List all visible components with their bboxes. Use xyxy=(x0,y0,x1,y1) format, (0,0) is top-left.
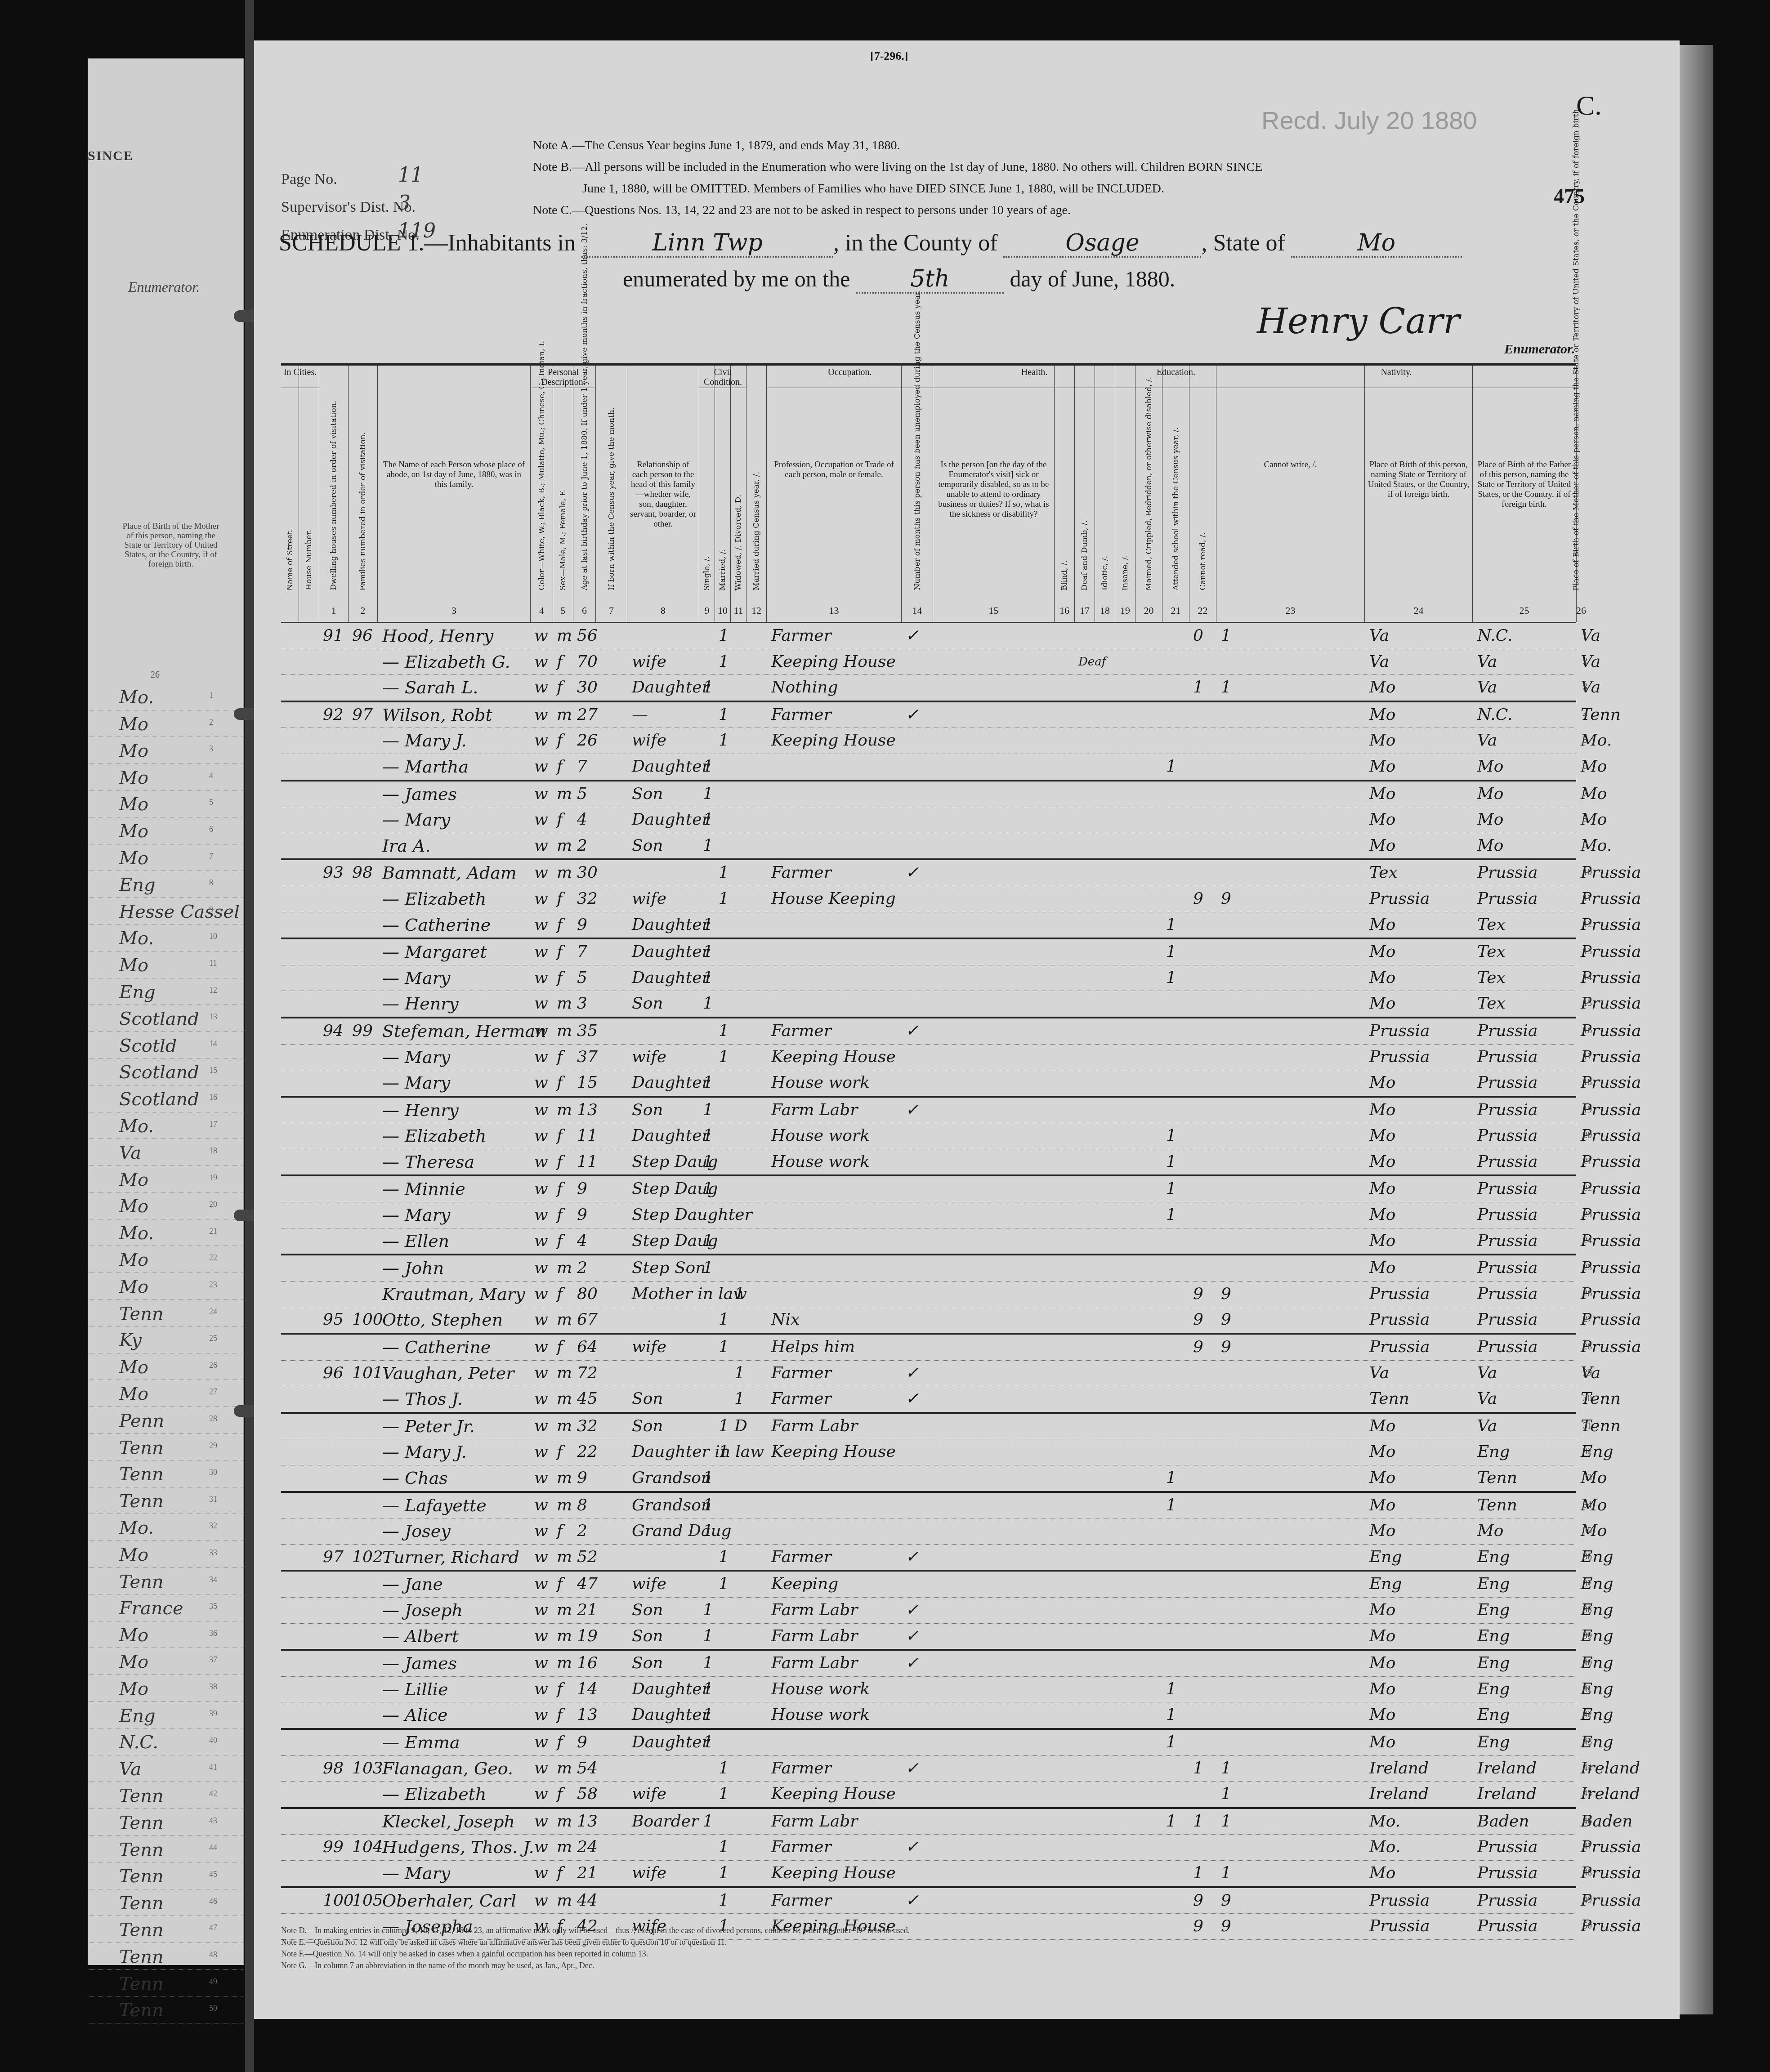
line-number: 34 xyxy=(1583,1500,1592,1510)
column-header-26: Place of Birth of the Mother of this per… xyxy=(1576,366,1577,622)
cell-school: 1 xyxy=(1166,1677,1176,1702)
cell-birth: Mo xyxy=(1369,728,1396,754)
cell-father: Mo xyxy=(1477,807,1504,833)
left-page-row: Eng8 xyxy=(88,871,243,898)
left-page-mother-birthplace: Hesse Cassel xyxy=(119,902,240,922)
cell-age: 4 xyxy=(577,807,587,833)
left-page-mother-birthplace: Mo xyxy=(119,768,148,788)
left-page-row: Penn28 xyxy=(88,1407,243,1434)
cell-relation: Daughter xyxy=(632,1702,710,1728)
cell-father: Prussia xyxy=(1477,1202,1538,1228)
left-page-line-number: 11 xyxy=(209,959,217,968)
cell-school: 1 xyxy=(1166,912,1176,938)
instruction-notes: Note A.—The Census Year begins June 1, 1… xyxy=(533,135,1262,221)
cell-single: 1 xyxy=(703,1149,713,1175)
cell-occupation: Farmer xyxy=(771,1545,831,1570)
cell-name: — Albert xyxy=(382,1624,459,1649)
cell-unemployed: ✓ xyxy=(905,1361,919,1386)
table-row: — Albertwm19Son1Farm Labr✓MoEngEng39 xyxy=(281,1624,1576,1651)
cell-name: — Joseph xyxy=(382,1598,463,1623)
left-page-row: Mo6 xyxy=(88,817,243,844)
cell-birth: Mo xyxy=(1369,833,1396,859)
left-page-mother-birthplace: Mo xyxy=(119,1357,148,1378)
cell-family: 98 xyxy=(352,860,373,886)
cell-color: w xyxy=(534,1545,548,1570)
cell-sex: m xyxy=(557,1598,572,1623)
cell-name: Otto, Stephen xyxy=(382,1307,503,1333)
column-label: Widowed, /. Divorced, D. xyxy=(734,495,743,590)
cell-widowed: 1 xyxy=(734,1361,745,1386)
column-header-15: Is the person [on the day of the Enumera… xyxy=(933,366,1055,622)
left-page-mother-birthplace: Va xyxy=(119,1143,141,1163)
left-page-line-number: 42 xyxy=(209,1789,217,1799)
cell-color: w xyxy=(534,1756,548,1782)
left-page-mother-birthplace: Tenn xyxy=(119,1974,164,1994)
column-number: 21 xyxy=(1162,605,1189,616)
line-number: 50 xyxy=(1583,1921,1592,1931)
cell-color: w xyxy=(534,1493,548,1518)
line-number: 20 xyxy=(1583,1130,1592,1141)
left-page-mother-birthplace: Scotland xyxy=(119,1009,199,1029)
cell-name: — Chas xyxy=(382,1465,448,1491)
left-page-row: Tenn47 xyxy=(88,1916,243,1943)
cell-father: Prussia xyxy=(1477,1098,1538,1123)
cell-relation: Daughter xyxy=(632,939,710,965)
cell-color: w xyxy=(534,1835,548,1860)
cell-age: 27 xyxy=(577,702,598,728)
cell-age: 13 xyxy=(577,1098,598,1123)
note-a: Note A.—The Census Year begins June 1, 1… xyxy=(533,135,1262,156)
left-page-row: Tenn24 xyxy=(88,1300,243,1327)
cell-birth: Prussia xyxy=(1369,1307,1430,1333)
cell-relation: Son xyxy=(632,781,663,807)
cell-single: 1 xyxy=(703,1651,713,1676)
cell-name: — Mary xyxy=(382,1202,450,1228)
cell-father: N.C. xyxy=(1477,702,1512,728)
cell-birth: Mo xyxy=(1369,1123,1396,1149)
column-number: 1 xyxy=(319,605,348,616)
cell-sex: m xyxy=(557,833,572,859)
cell-father: Tex xyxy=(1477,939,1506,965)
cell-birth: Eng xyxy=(1369,1572,1402,1597)
column-group-nativity: Nativity. xyxy=(1216,366,1576,388)
cell-age: 72 xyxy=(577,1361,598,1386)
cell-name: — Sarah L. xyxy=(382,675,478,701)
table-row: 9499Stefeman, Hermanwm351Farmer✓PrussiaP… xyxy=(281,1018,1576,1045)
column-number: 18 xyxy=(1095,605,1115,616)
cell-married: 1 xyxy=(719,886,729,912)
cell-age: 5 xyxy=(577,781,587,807)
cell-age: 11 xyxy=(577,1149,598,1175)
cell-birth: Mo xyxy=(1369,1098,1396,1123)
cell-sex: f xyxy=(557,649,563,675)
cell-married: 1 xyxy=(719,728,729,754)
left-page-line-number: 36 xyxy=(209,1629,217,1638)
cell-married: 1 xyxy=(719,702,729,728)
column-number: 23 xyxy=(1216,605,1364,616)
line-number: 49 xyxy=(1583,1895,1592,1906)
cell-sex: f xyxy=(557,1045,563,1070)
cell-age: 5 xyxy=(577,965,587,991)
cell-father: Eng xyxy=(1477,1598,1510,1623)
cell-school: 1 xyxy=(1166,1123,1176,1149)
cell-school: 1 xyxy=(1166,1176,1176,1202)
left-page-mother-birthplace: Tenn xyxy=(119,1813,164,1833)
column-number: 15 xyxy=(933,605,1054,616)
line-number: 38 xyxy=(1583,1605,1592,1615)
cell-relation: Grandson xyxy=(632,1493,711,1518)
cell-write: 1 xyxy=(1221,1809,1231,1835)
cell-color: w xyxy=(534,1335,548,1360)
cell-relation: Daughter in law xyxy=(632,1439,764,1465)
cell-father: Prussia xyxy=(1477,1914,1538,1939)
cell-color: w xyxy=(534,1307,548,1333)
left-page-row: Mo19 xyxy=(88,1166,243,1193)
cell-birth: Prussia xyxy=(1369,1282,1430,1307)
cell-age: 67 xyxy=(577,1307,598,1333)
line-number: 39 xyxy=(1583,1631,1592,1641)
column-header-1: Dwelling houses numbered in order of vis… xyxy=(319,366,349,622)
column-label: Place of Birth of this person, naming St… xyxy=(1368,460,1470,500)
cell-sex: m xyxy=(557,1809,572,1835)
column-label: Attended school within the Census year, … xyxy=(1171,427,1180,590)
cell-name: — Josey xyxy=(382,1518,451,1544)
cell-birth: Mo xyxy=(1369,1228,1396,1254)
cell-father: Va xyxy=(1477,1414,1497,1439)
enumerator-label: Enumerator. xyxy=(1504,342,1575,357)
table-row: — Peter Jr.wm32Son1DFarm LabrMoVaTenn31 xyxy=(281,1414,1576,1440)
cell-age: 37 xyxy=(577,1045,598,1070)
cell-name: Kleckel, Joseph xyxy=(382,1809,515,1835)
cell-read: 9 xyxy=(1193,886,1203,912)
column-header-11: Widowed, /. Divorced, D.11 xyxy=(731,366,746,622)
cell-father: Prussia xyxy=(1477,860,1538,886)
table-row: — Ellenwf4Step Daug1MoPrussiaPrussia24 xyxy=(281,1228,1576,1256)
cell-read: 0 xyxy=(1193,623,1203,649)
cell-name: — Peter Jr. xyxy=(382,1414,475,1439)
cell-write: 9 xyxy=(1221,1307,1231,1333)
cell-sex: f xyxy=(557,728,563,754)
cell-school: 1 xyxy=(1166,965,1176,991)
cell-relation: wife xyxy=(632,1782,666,1807)
cell-birth: Va xyxy=(1369,623,1389,649)
cell-age: 22 xyxy=(577,1439,598,1465)
table-row: — Marywf21wife1Keeping House11MoPrussiaP… xyxy=(281,1861,1576,1888)
table-row: — Chaswm9Grandson11MoTennMo33 xyxy=(281,1465,1576,1493)
column-header-20: Maimed, Crippled, Bedridden, or otherwis… xyxy=(1135,366,1162,622)
cell-read: 9 xyxy=(1193,1914,1203,1939)
cell-single: 1 xyxy=(703,1098,713,1123)
cell-name: — Elizabeth xyxy=(382,1782,486,1807)
left-page-row: France35 xyxy=(88,1594,243,1621)
cell-name: — Elizabeth G. xyxy=(382,649,510,675)
cell-father: Eng xyxy=(1477,1651,1510,1676)
cell-name: — Ellen xyxy=(382,1228,449,1254)
cell-sex: f xyxy=(557,1439,563,1465)
column-header-22: Cannot read, /.22 xyxy=(1189,366,1216,622)
column-group-occupation: Occupation. xyxy=(767,366,933,388)
cell-sex: f xyxy=(557,1228,563,1254)
cell-name: — Martha xyxy=(382,754,469,780)
cell-age: 19 xyxy=(577,1624,598,1649)
cell-sex: f xyxy=(557,1782,563,1807)
cell-relation: Boarder xyxy=(632,1809,698,1835)
column-header-21: Attended school within the Census year, … xyxy=(1162,366,1189,622)
cell-sex: m xyxy=(557,1545,572,1570)
line-number: 48 xyxy=(1583,1868,1592,1878)
cell-color: w xyxy=(534,1149,548,1175)
left-page-row: Mo4 xyxy=(88,764,243,791)
cell-age: 32 xyxy=(577,1414,598,1439)
cell-sex: f xyxy=(557,1861,563,1886)
table-row: — Alicewf13Daughter1House work1MoEngEng4… xyxy=(281,1702,1576,1730)
left-page-line-number: 37 xyxy=(209,1655,217,1665)
cell-sex: f xyxy=(557,886,563,912)
cell-color: w xyxy=(534,1518,548,1544)
cell-age: 2 xyxy=(577,1518,587,1544)
left-page-line-number: 13 xyxy=(209,1012,217,1022)
cell-color: w xyxy=(534,1809,548,1835)
table-row: — Lafayettewm8Grandson11MoTennMo34 xyxy=(281,1493,1576,1519)
census-table: Name of Street.House Number.Dwelling hou… xyxy=(281,363,1576,1940)
cell-age: 3 xyxy=(577,991,587,1017)
column-header-9: Single, /.9 xyxy=(699,366,715,622)
column-label: Insane, /. xyxy=(1121,555,1130,590)
column-number: 22 xyxy=(1189,605,1216,616)
cell-family: 103 xyxy=(352,1756,383,1782)
cell-age: 21 xyxy=(577,1598,598,1623)
cell-write: 1 xyxy=(1221,1861,1231,1886)
left-page-row: Eng12 xyxy=(88,978,243,1005)
table-row: — Henrywm3Son1MoTexPrussia15 xyxy=(281,991,1576,1018)
cell-married: 1 xyxy=(719,1756,729,1782)
cell-unemployed: ✓ xyxy=(905,702,919,728)
cell-read: 1 xyxy=(1193,1809,1203,1835)
cell-father: Prussia xyxy=(1477,1282,1538,1307)
cell-father: Tex xyxy=(1477,912,1506,938)
table-row: — Thos J.wm45Son1Farmer✓TennVaTenn30 xyxy=(281,1386,1576,1414)
column-label: Number of months this person has been un… xyxy=(913,290,922,590)
cell-age: 9 xyxy=(577,1465,587,1491)
column-number: 24 xyxy=(1365,605,1472,616)
left-page-line-number: 19 xyxy=(209,1173,217,1183)
table-row: — Lilliewf14Daughter1House work1MoEngEng… xyxy=(281,1677,1576,1703)
column-number: 10 xyxy=(715,605,730,616)
cell-age: 13 xyxy=(577,1702,598,1728)
table-row: — Marywf15Daughter1House workMoPrussiaPr… xyxy=(281,1070,1576,1098)
left-page-line-number: 9 xyxy=(209,905,213,915)
left-page-row: Mo26 xyxy=(88,1353,243,1380)
cell-single: 1 xyxy=(703,1493,713,1518)
cell-birth: Va xyxy=(1369,649,1389,675)
cell-birth: Mo. xyxy=(1369,1835,1400,1860)
left-page-row: Mo22 xyxy=(88,1246,243,1273)
cell-family: 101 xyxy=(352,1361,383,1386)
cell-age: 7 xyxy=(577,754,587,780)
left-page-line-number: 49 xyxy=(209,1977,217,1987)
left-page-mother-birthplace: Eng xyxy=(119,982,156,1003)
cell-age: 4 xyxy=(577,1228,587,1254)
cell-birth: Mo xyxy=(1369,1702,1396,1728)
cell-write: 9 xyxy=(1221,1282,1231,1307)
cell-name: Bamnatt, Adam xyxy=(382,860,517,886)
left-page-line-number: 43 xyxy=(209,1816,217,1826)
cell-father: Tenn xyxy=(1477,1465,1517,1491)
cell-color: w xyxy=(534,1228,548,1254)
cell-age: 15 xyxy=(577,1070,598,1096)
table-row: Ira A.wm2Son1MoMoMo.9 xyxy=(281,833,1576,861)
cell-age: 7 xyxy=(577,939,587,965)
column-header-8: Relationship of each person to the head … xyxy=(627,366,699,622)
cell-age: 9 xyxy=(577,1202,587,1228)
cell-school: 1 xyxy=(1166,1809,1176,1835)
cell-sex: f xyxy=(557,675,563,701)
left-page-row: Tenn31 xyxy=(88,1487,243,1514)
schedule-title-line: SCHEDULE 1.—Inhabitants in Linn Twp, in … xyxy=(279,229,1462,258)
column-header-23: Cannot write, /.23 xyxy=(1216,366,1365,622)
left-page-line-number: 34 xyxy=(209,1575,217,1585)
cell-birth: Mo xyxy=(1369,912,1396,938)
left-page-mother-birthplace: Tenn xyxy=(119,1464,164,1485)
column-number: 5 xyxy=(553,605,573,616)
cell-relation: wife xyxy=(632,728,666,754)
left-page-row: Mo11 xyxy=(88,951,243,978)
cell-write: 1 xyxy=(1221,675,1231,701)
cell-birth: Mo xyxy=(1369,1677,1396,1702)
column-label: Married during Census year, /. xyxy=(752,472,761,590)
cell-single: 1 xyxy=(703,1518,713,1544)
cell-birth: Ireland xyxy=(1369,1782,1429,1807)
cell-relation: wife xyxy=(632,1335,666,1360)
cell-father: Eng xyxy=(1477,1439,1510,1465)
cell-relation: Daughter xyxy=(632,807,710,833)
column-label: Name of Street. xyxy=(286,529,295,591)
line-number: 27 xyxy=(1583,1314,1592,1325)
column-label: Profession, Occupation or Trade of each … xyxy=(769,460,898,480)
cell-name: — Henry xyxy=(382,991,459,1017)
cell-birth: Prussia xyxy=(1369,886,1430,912)
left-page-mother-birthplace: Mo xyxy=(119,741,148,761)
cell-name: — Alice xyxy=(382,1702,448,1728)
cell-sex: m xyxy=(557,1835,572,1860)
cell-birth: Mo xyxy=(1369,1176,1396,1202)
cell-birth: Mo xyxy=(1369,1070,1396,1096)
table-row: — Marywf4Daughter1MoMoMo8 xyxy=(281,807,1576,833)
cell-married: 1 xyxy=(719,649,729,675)
cell-birth: Va xyxy=(1369,1361,1389,1386)
left-page-row: Tenn45 xyxy=(88,1862,243,1889)
line-number: 31 xyxy=(1583,1421,1592,1431)
cell-relation: Step Son xyxy=(632,1255,706,1281)
left-page-row: Tenn48 xyxy=(88,1943,243,1970)
column-number: 3 xyxy=(378,605,530,616)
cell-relation: wife xyxy=(632,1572,666,1597)
cell-father: Prussia xyxy=(1477,886,1538,912)
cell-sex: f xyxy=(557,1702,563,1728)
column-header-16: Blind, /.16 xyxy=(1055,366,1075,622)
cell-father: Ireland xyxy=(1477,1756,1537,1782)
left-page-line-number: 7 xyxy=(209,852,213,861)
cell-school: 1 xyxy=(1166,754,1176,780)
cell-father: Eng xyxy=(1477,1677,1510,1702)
table-row: 95100Otto, Stephenwm671Nix99PrussiaPruss… xyxy=(281,1307,1576,1335)
county-value: Osage xyxy=(1003,229,1201,258)
line-number: 26 xyxy=(1583,1289,1592,1299)
cell-read: 1 xyxy=(1193,675,1203,701)
cell-write: 9 xyxy=(1221,1914,1231,1939)
column-number: 7 xyxy=(596,605,627,616)
column-number: 9 xyxy=(699,605,715,616)
cell-sex: f xyxy=(557,1202,563,1228)
cell-color: w xyxy=(534,1702,548,1728)
cell-dwelling: 99 xyxy=(323,1835,344,1860)
left-page-row: Mo37 xyxy=(88,1648,243,1675)
cell-relation: wife xyxy=(632,1045,666,1070)
cell-father: Prussia xyxy=(1477,1255,1538,1281)
cell-family: 96 xyxy=(352,623,373,649)
cell-occupation: Nix xyxy=(771,1307,800,1333)
left-page-line-number: 41 xyxy=(209,1763,217,1772)
line-number: 42 xyxy=(1583,1710,1592,1720)
column-number: 14 xyxy=(902,605,933,616)
cell-married: 1 xyxy=(719,1307,729,1333)
column-header-12: Married during Census year, /.12 xyxy=(746,366,767,622)
cell-relation: Son xyxy=(632,1598,663,1623)
cell-birth: Mo xyxy=(1369,1439,1396,1465)
column-label: Maimed, Crippled, Bedridden, or otherwis… xyxy=(1144,377,1153,590)
left-page-line-number: 3 xyxy=(209,744,213,754)
cell-occupation: Keeping House xyxy=(771,1861,896,1886)
cell-birth: Prussia xyxy=(1369,1045,1430,1070)
cell-color: w xyxy=(534,1282,548,1307)
cell-age: 35 xyxy=(577,1018,598,1044)
left-page-mother-birthplace: Scotland xyxy=(119,1089,199,1110)
cell-color: w xyxy=(534,1651,548,1676)
cell-name: — Margaret xyxy=(382,939,487,965)
cell-relation: Step Daughter xyxy=(632,1202,752,1228)
cell-color: w xyxy=(534,649,548,675)
cell-father: Baden xyxy=(1477,1809,1529,1835)
left-page-row: Mo36 xyxy=(88,1621,243,1648)
column-number: 11 xyxy=(731,605,746,616)
cell-unemployed: ✓ xyxy=(905,1098,919,1123)
cell-family: 100 xyxy=(352,1307,383,1333)
left-page-row: Mo3 xyxy=(88,737,243,764)
table-body: 9196Hood, Henrywm561Farmer✓01VaN.C.Va1— … xyxy=(281,623,1576,1940)
line-number: 45 xyxy=(1583,1789,1592,1799)
line-number: 13 xyxy=(1583,947,1592,957)
cell-color: w xyxy=(534,860,548,886)
cell-married: 1 xyxy=(719,1888,729,1914)
cell-unemployed: ✓ xyxy=(905,1545,919,1570)
cell-name: Hood, Henry xyxy=(382,623,493,649)
cell-name: — Theresa xyxy=(382,1149,474,1175)
cell-father: Eng xyxy=(1477,1572,1510,1597)
cell-father: Prussia xyxy=(1477,1888,1538,1914)
cell-birth: Mo xyxy=(1369,1149,1396,1175)
line-number: 44 xyxy=(1583,1763,1592,1773)
table-row: — Johnwm2Step Son1MoPrussiaPrussia25 xyxy=(281,1255,1576,1282)
left-page-row: Hesse Cassel9 xyxy=(88,898,243,925)
table-row: — Sarah L.wf30Daughter1Nothing11MoVaVa3 xyxy=(281,675,1576,702)
line-number: 43 xyxy=(1583,1737,1592,1747)
cell-sex: m xyxy=(557,860,572,886)
left-page-row: Mo.21 xyxy=(88,1219,243,1246)
cell-unemployed: ✓ xyxy=(905,1598,919,1623)
cell-sex: m xyxy=(557,1465,572,1491)
cell-color: w xyxy=(534,1361,548,1386)
cell-sex: m xyxy=(557,1018,572,1044)
